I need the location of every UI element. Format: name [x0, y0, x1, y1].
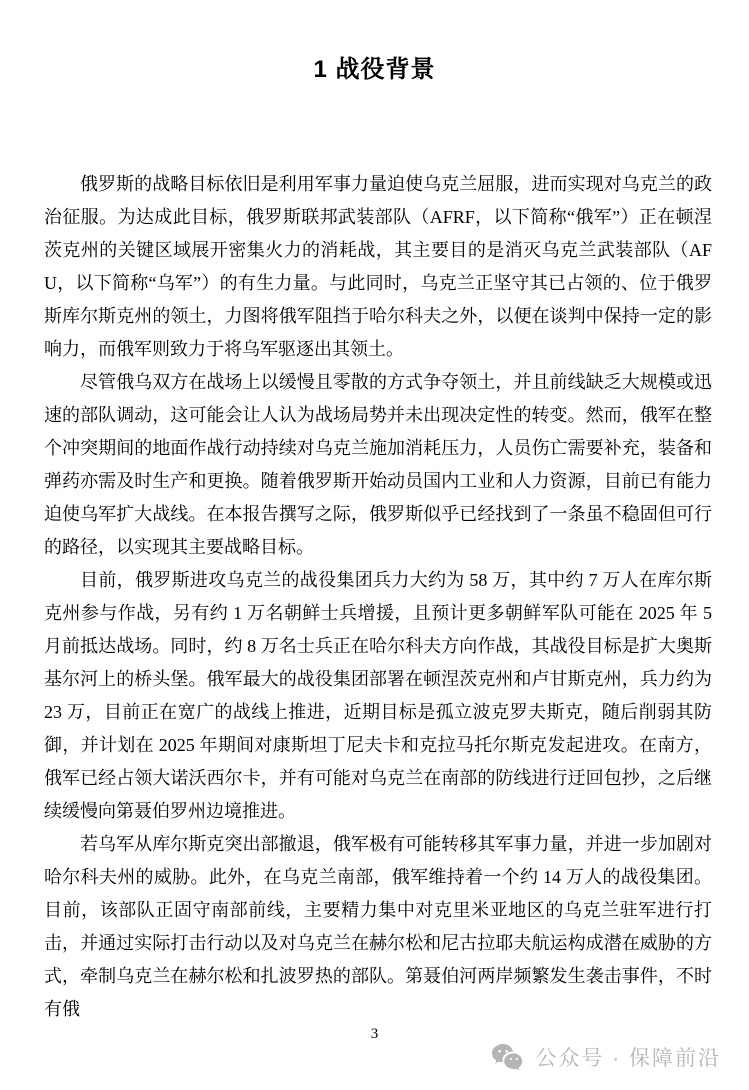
watermark-text: 公众号 · 保障前沿 — [535, 1042, 721, 1072]
body-paragraph: 尽管俄乌双方在战场上以缓慢且零散的方式争夺领土，并且前线缺乏大规模或迅速的部队调… — [44, 366, 712, 564]
section-title: 1 战役背景 — [0, 0, 749, 88]
body-paragraph: 俄罗斯的战略目标依旧是利用军事力量迫使乌克兰屈服，进而实现对乌克兰的政治征服。为… — [44, 168, 712, 366]
body-paragraph: 若乌军从库尔斯克突出部撤退，俄军极有可能转移其军事力量，并进一步加剧对哈尔科夫州… — [44, 828, 712, 1026]
body-paragraph: 目前，俄罗斯进攻乌克兰的战役集团兵力大约为 58 万，其中约 7 万人在库尔斯克… — [44, 564, 712, 828]
body-text: 俄罗斯的战略目标依旧是利用军事力量迫使乌克兰屈服，进而实现对乌克兰的政治征服。为… — [44, 168, 712, 1026]
watermark: 公众号 · 保障前沿 — [491, 1042, 721, 1072]
page-number: 3 — [0, 1026, 749, 1043]
wechat-icon — [491, 1043, 525, 1071]
document-page: 1 战役背景 俄罗斯的战略目标依旧是利用军事力量迫使乌克兰屈服，进而实现对乌克兰… — [0, 0, 749, 1090]
